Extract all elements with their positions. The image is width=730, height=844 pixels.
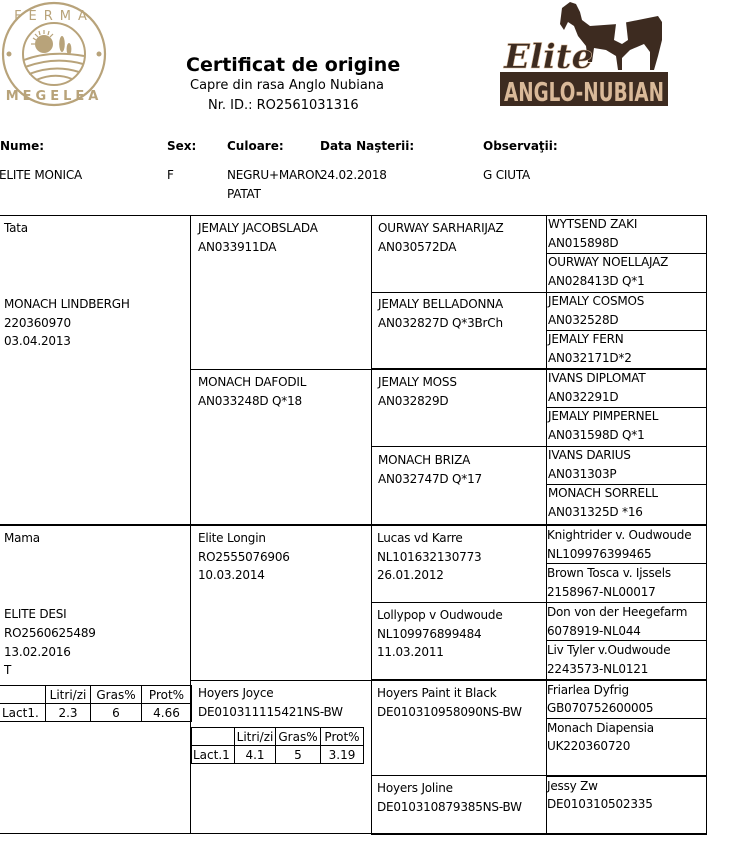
dam-lactation-table: Litri/zi Gras% Prot% Lact1. 2.3 6 4.66 xyxy=(0,685,192,722)
ancestor-name: Monach Diapensia xyxy=(547,719,654,738)
ancestor-name: Lucas vd Karre xyxy=(377,529,463,548)
farm-emblem-icon: FERMA MEGELEA xyxy=(0,0,108,108)
ancestor-id: AN032829D xyxy=(378,392,448,411)
ancestor-id: NL109976399465 xyxy=(547,545,651,564)
maternal-granddam-name: Hoyers Joyce xyxy=(198,684,273,703)
ancestor-name: Liv Tyler v.Oudwoude xyxy=(547,641,670,660)
ancestor-id: AN031303P xyxy=(548,465,616,484)
lactation-header-row: Litri/zi Gras% Prot% xyxy=(0,686,192,704)
ancestor-name: MONACH SORRELL xyxy=(548,484,658,503)
svg-text:Elite: Elite xyxy=(503,37,593,77)
svg-text:FERMA: FERMA xyxy=(14,9,94,24)
paternal-grandsire-name: JEMALY JACOBSLADA xyxy=(198,219,318,238)
maternal-grandsire-birth: 10.03.2014 xyxy=(198,566,265,585)
ancestor-birth: 26.01.2012 xyxy=(377,566,444,585)
name-label: Nume: xyxy=(0,139,44,153)
ancestor-name: JEMALY COSMOS xyxy=(548,292,644,311)
ancestor-id: DE010310879385NS-BW xyxy=(377,798,522,817)
goat-logo-icon: Elite ANGLO-NUBIAN xyxy=(498,0,670,108)
page-subtitle: Capre din rasa Anglo Nubiana xyxy=(190,78,384,93)
lactation-header-row: Litri/zi Gras% Prot% xyxy=(192,728,364,746)
dam-label: Mama xyxy=(4,529,40,548)
ancestor-name: Hoyers Paint it Black xyxy=(377,684,496,703)
animal-name: ELITE MONICA xyxy=(0,166,82,185)
certificate-id: Nr. ID.: RO2561031316 xyxy=(208,98,359,113)
ancestor-name: MONACH BRIZA xyxy=(378,451,470,470)
ancestor-id: AN031598D Q*1 xyxy=(548,426,645,445)
ancestor-id: DE010310502335 xyxy=(547,795,653,814)
paternal-granddam-name: MONACH DAFODIL xyxy=(198,373,306,392)
sire-name: MONACH LINDBERGH xyxy=(4,295,130,314)
ancestor-name: Lollypop v Oudwoude xyxy=(377,606,503,625)
ancestor-id: AN032827D Q*3BrCh xyxy=(378,314,503,333)
color-label: Culoare: xyxy=(227,139,284,153)
ancestor-name: IVANS DIPLOMAT xyxy=(548,369,645,388)
sex-label: Sex: xyxy=(167,139,196,153)
notes-label: Observaţii: xyxy=(483,139,558,153)
ancestor-id: NL109976899484 xyxy=(377,625,481,644)
ancestor-id: UK220360720 xyxy=(547,737,630,756)
ancestor-name: JEMALY FERN xyxy=(548,330,624,349)
ancestor-id: GB070752600005 xyxy=(547,699,653,718)
granddam-lactation-table: Litri/zi Gras% Prot% Lact.1 4.1 5 3.19 xyxy=(191,727,364,764)
paternal-granddam-id: AN033248D Q*18 xyxy=(198,392,302,411)
paternal-grandsire-id: AN033911DA xyxy=(198,238,276,257)
ancestor-id: AN032291D xyxy=(548,388,618,407)
dam-birth: 13.02.2016 xyxy=(4,643,71,662)
animal-color-line2: PATAT xyxy=(227,185,261,204)
ancestor-id: 2243573-NL0121 xyxy=(547,660,648,679)
ancestor-id: AN028413D Q*1 xyxy=(548,272,645,291)
maternal-granddam-id: DE010311115421NS-BW xyxy=(198,703,343,722)
svg-text:MEGELEA: MEGELEA xyxy=(6,89,103,104)
ancestor-name: JEMALY MOSS xyxy=(378,373,457,392)
page-title: Certificat de origine xyxy=(186,54,400,76)
animal-sex: F xyxy=(167,166,174,185)
ancestor-name: Brown Tosca v. Ijssels xyxy=(547,564,671,583)
ancestor-id: AN032747D Q*17 xyxy=(378,470,482,489)
ancestor-name: Jessy Zw xyxy=(547,777,598,796)
ancestor-id: 2158967-NL00017 xyxy=(547,583,656,602)
birth-date-label: Data Naşterii: xyxy=(320,139,414,153)
animal-birth-date: 24.02.2018 xyxy=(320,166,387,185)
ancestor-id: AN032171D*2 xyxy=(548,349,632,368)
maternal-grandsire-name: Elite Longin xyxy=(198,529,266,548)
ancestor-id: AN030572DA xyxy=(378,238,456,257)
sire-id: 220360970 xyxy=(4,314,71,333)
lactation-row: Lact.1 4.1 5 3.19 xyxy=(192,746,364,764)
svg-text:ANGLO-NUBIAN: ANGLO-NUBIAN xyxy=(504,78,664,108)
maternal-grandsire-id: RO2555076906 xyxy=(198,548,290,567)
ancestor-name: JEMALY BELLADONNA xyxy=(378,295,503,314)
sire-birth: 03.04.2013 xyxy=(4,332,71,351)
ancestor-id: AN015898D xyxy=(548,234,618,253)
ancestor-name: WYTSEND ZAKI xyxy=(548,215,637,234)
ancestor-id: NL101632130773 xyxy=(377,548,481,567)
lactation-row: Lact1. 2.3 6 4.66 xyxy=(0,704,192,722)
farm-logo: FERMA MEGELEA xyxy=(0,0,108,108)
dam-extra: T xyxy=(4,661,11,680)
dam-id: RO2560625489 xyxy=(4,624,96,643)
ancestor-name: Friarlea Dyfrig xyxy=(547,681,629,700)
ancestor-name: OURWAY NOELLAJAZ xyxy=(548,253,668,272)
ancestor-name: Hoyers Joline xyxy=(377,779,453,798)
ancestor-id: DE010310958090NS-BW xyxy=(377,703,522,722)
dam-name: ELITE DESI xyxy=(4,605,67,624)
ancestor-birth: 11.03.2011 xyxy=(377,643,444,662)
animal-color: NEGRU+MARON xyxy=(227,166,321,185)
ancestor-id: AN031325D *16 xyxy=(548,503,643,522)
animal-notes: G CIUTA xyxy=(483,166,530,185)
ancestor-id: 6078919-NL044 xyxy=(547,622,641,641)
brand-logo: Elite ANGLO-NUBIAN xyxy=(498,0,670,108)
ancestor-name: Knightrider v. Oudwoude xyxy=(547,526,691,545)
ancestor-name: JEMALY PIMPERNEL xyxy=(548,407,658,426)
sire-label: Tata xyxy=(4,219,28,238)
ancestor-id: AN032528D xyxy=(548,311,618,330)
ancestor-name: Don von der Heegefarm xyxy=(547,603,687,622)
ancestor-name: IVANS DARIUS xyxy=(548,446,631,465)
ancestor-name: OURWAY SARHARIJAZ xyxy=(378,219,504,238)
